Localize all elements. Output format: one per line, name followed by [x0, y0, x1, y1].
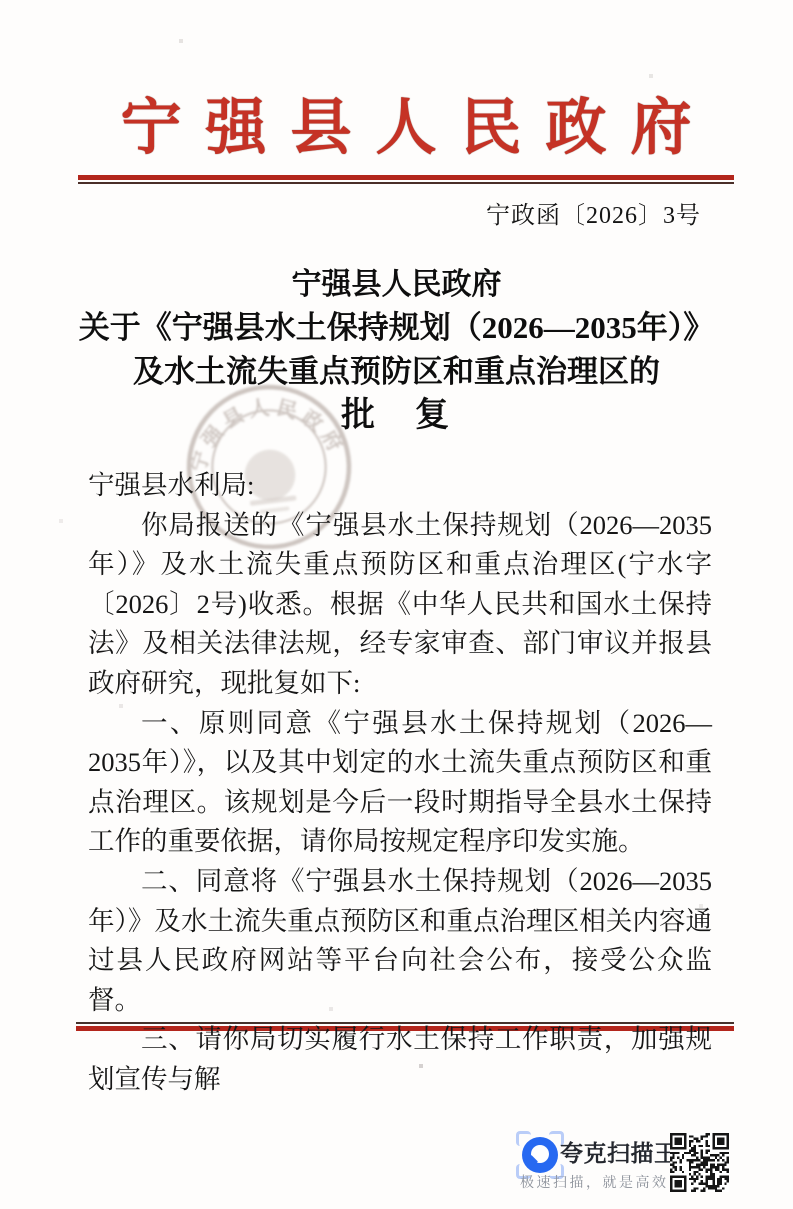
scanner-slogan: 极速扫描，就是高效 — [520, 1172, 669, 1192]
scanner-brand-name: 夸克扫描王 — [560, 1135, 678, 1168]
paragraph-1: 你局报送的《宁强县水土保持规划（2026—2035年）》及水土流失重点预防区和重… — [88, 506, 712, 704]
title-line-2: 关于《宁强县水土保持规划（2026—2035年）》 — [40, 306, 753, 350]
paragraph-4: 三、请你局切实履行水土保持工作职责，加强规划宣传与解 — [88, 1020, 712, 1099]
rule-dark-line — [78, 182, 734, 184]
document-number: 宁政函〔2026〕3号 — [486, 195, 701, 230]
document-body: 宁强县水利局: 你局报送的《宁强县水土保持规划（2026—2035年）》及水土流… — [88, 466, 712, 1100]
paragraph-2: 一、原则同意《宁强县水土保持规划（2026—2035年）》，以及其中划定的水土流… — [88, 704, 712, 862]
title-line-1: 宁强县人民政府 — [40, 264, 753, 306]
qr-code — [670, 1133, 729, 1192]
letterhead-agency-name: 宁强县人民政府 — [78, 92, 734, 166]
paragraph-3: 二、同意将《宁强县水土保持规划（2026—2035年）》及水土流失重点预防区和重… — [88, 862, 712, 1020]
document-title: 宁强县人民政府 关于《宁强县水土保持规划（2026—2035年）》 及水土流失重… — [40, 264, 753, 439]
title-line-3: 及水土流失重点预防区和重点治理区的 — [40, 350, 753, 393]
title-line-4: 批 复 — [40, 393, 753, 439]
salutation: 宁强县水利局: — [88, 466, 712, 506]
qr-code-graphic — [670, 1133, 729, 1192]
letterhead-double-rule — [78, 175, 734, 184]
scanned-document-page: 宁强县人民政府 宁政函〔2026〕3号 宁强县人民政府 宁强县人民政府 关于《宁… — [0, 0, 793, 1209]
scan-noise-speckles — [0, 0, 2, 2]
quark-glyph-icon — [531, 1145, 549, 1163]
quark-logo-icon — [522, 1137, 558, 1173]
